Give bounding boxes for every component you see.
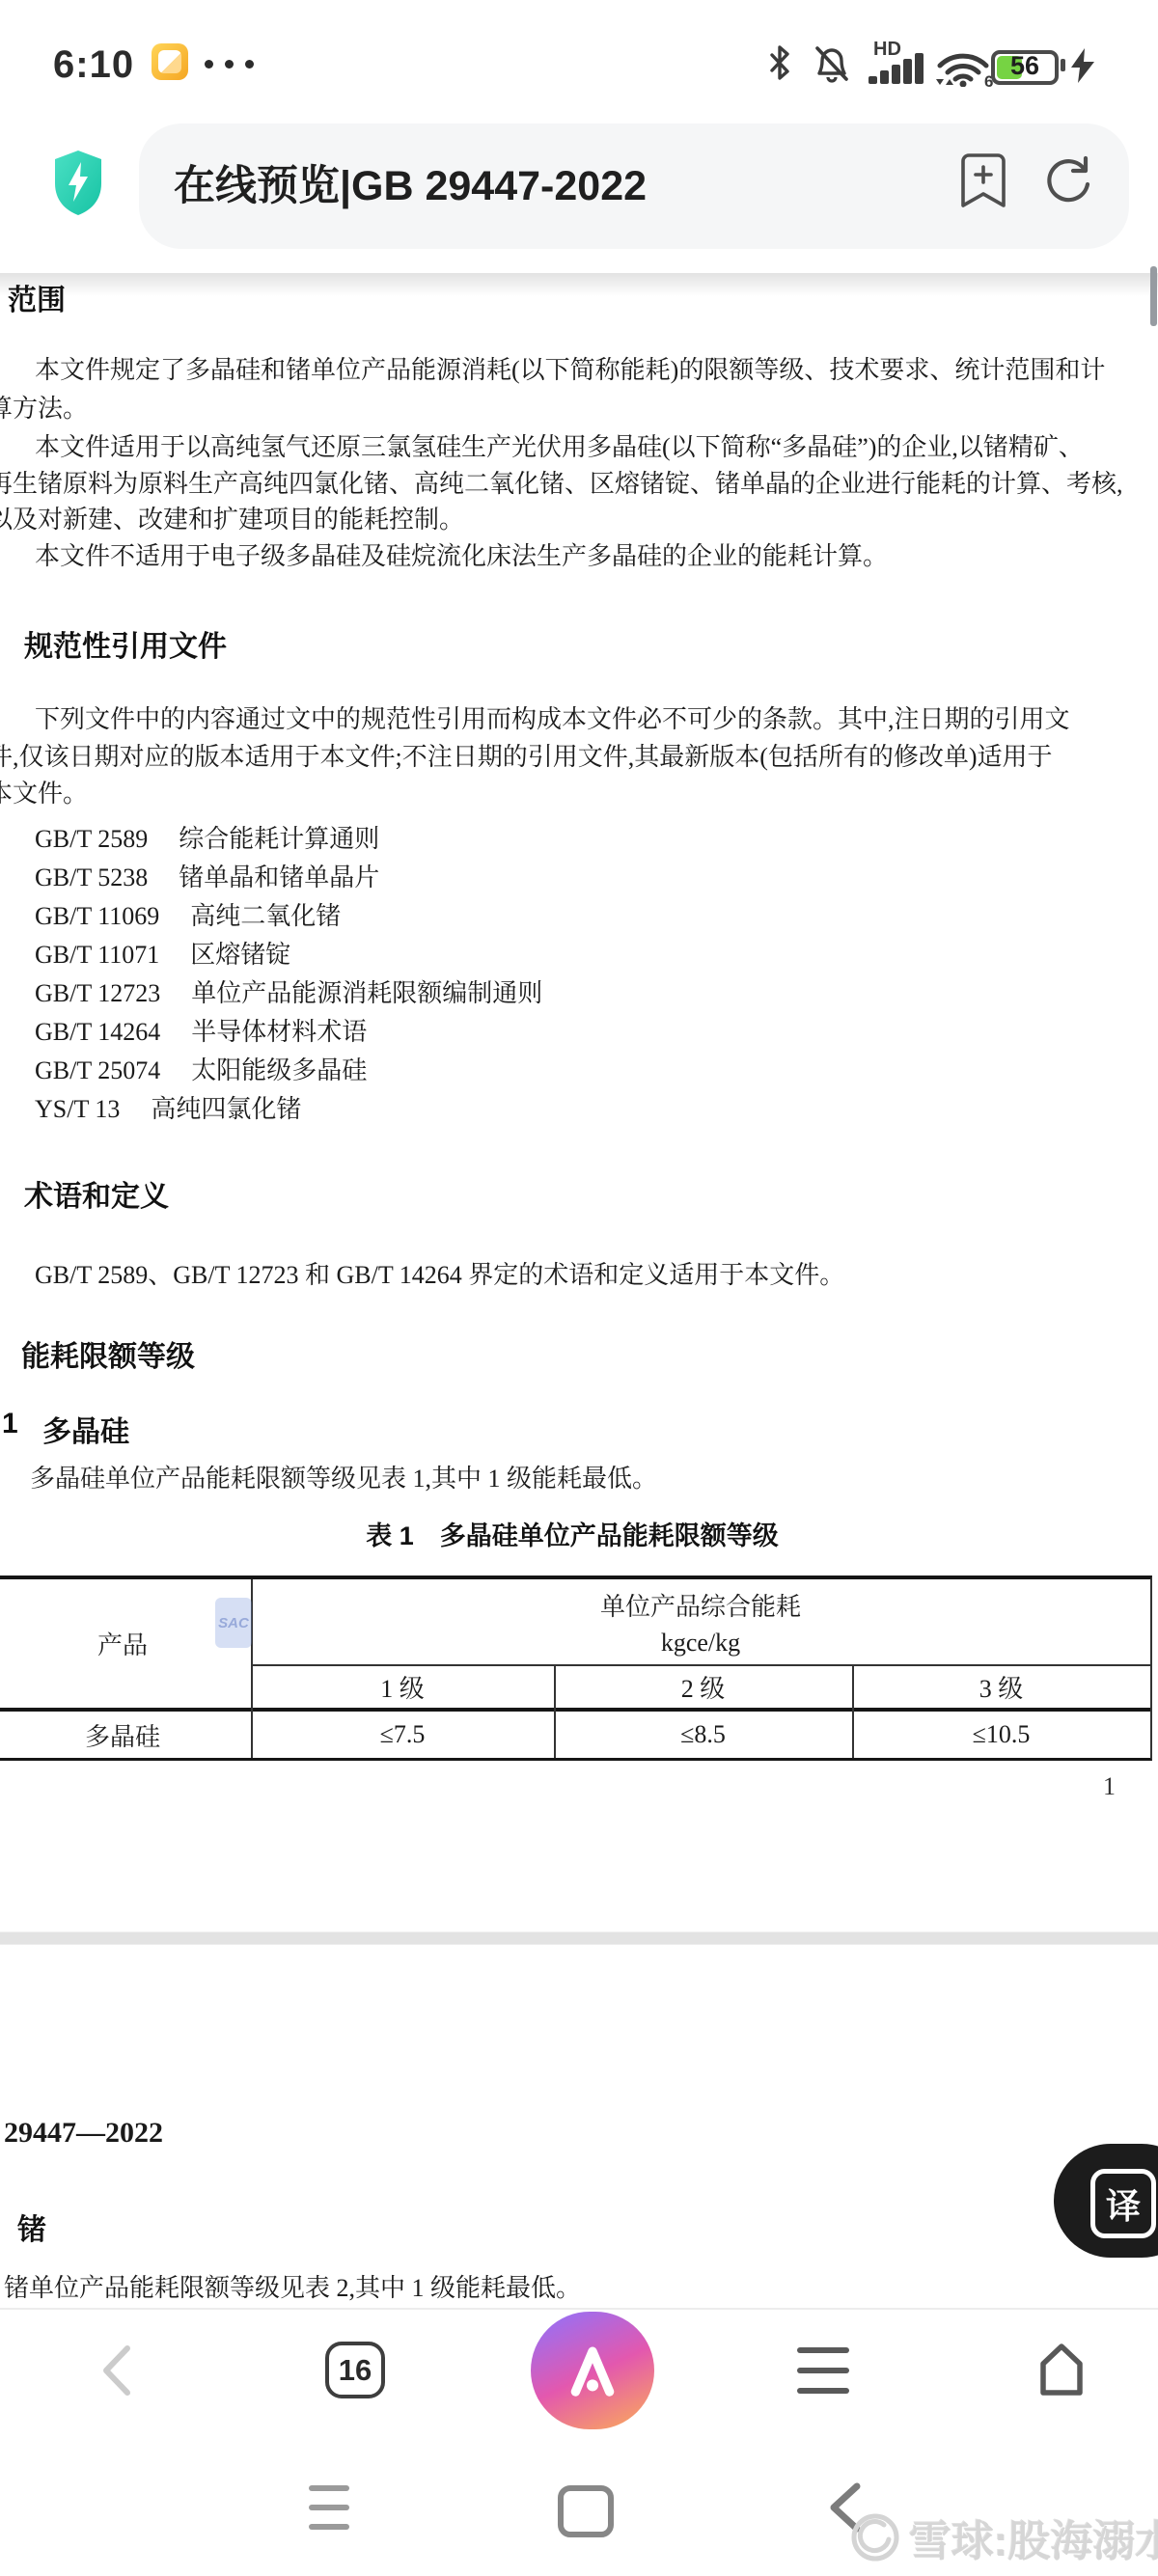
page-number: 1 xyxy=(1103,1772,1116,1801)
xueqiu-logo-icon xyxy=(849,2511,901,2563)
page-gap xyxy=(0,1932,1158,1945)
security-shield-icon[interactable] xyxy=(50,148,106,217)
th-grade1: 1 级 xyxy=(251,1666,554,1708)
th-grade2: 2 级 xyxy=(554,1666,852,1708)
scope-line: 再生锗原料为原料生产高纯四氯化锗、高纯二氧化锗、区熔锗锭、锗单晶的企业进行能耗的… xyxy=(0,464,1123,500)
sac-watermark: SAC xyxy=(215,1598,252,1648)
nav-menu-line[interactable] xyxy=(309,2505,349,2510)
ref-item: GB/T 12723单位产品能源消耗限额编制通则 xyxy=(35,973,542,1009)
nav-menu-line[interactable] xyxy=(309,2485,349,2491)
td-grade3-value: ≤10.5 xyxy=(852,1712,1150,1758)
signal-bars-icon xyxy=(868,52,926,85)
menu-button-line[interactable] xyxy=(797,2347,849,2353)
terms-line: GB/T 2589、GB/T 12723 和 GB/T 14264 界定的术语和… xyxy=(35,1255,844,1291)
td-product: 多晶硅 xyxy=(0,1712,251,1758)
table-vline xyxy=(852,1666,854,1758)
ref-item: GB/T 11069高纯二氧化锗 xyxy=(35,896,341,932)
charging-bolt-icon xyxy=(1069,48,1096,83)
browser-logo-icon xyxy=(561,2339,624,2402)
xueqiu-watermark: 雪球:股海溺水 xyxy=(849,2507,1158,2568)
more-notifications-icon xyxy=(205,60,254,69)
scope-line: 本文件不适用于电子级多晶硅及硅烷流化床法生产多晶硅的企业的能耗计算。 xyxy=(35,536,888,572)
table-energy-grades: 产品 单位产品综合能耗 kgce/kg 1 级 2 级 3 级 多晶硅 ≤7.5… xyxy=(0,1576,1152,1761)
scope-line: 本文件适用于以高纯氢气还原三氯氢硅生产光伏用多晶硅(以下简称“多晶硅”)的企业,… xyxy=(35,427,1084,463)
battery-nub xyxy=(1061,59,1065,71)
bell-muted-icon xyxy=(811,43,853,84)
heading-terms: 术语和定义 xyxy=(24,1172,169,1215)
notification-app-icon xyxy=(152,43,188,80)
td-grade2-value: ≤8.5 xyxy=(554,1712,852,1758)
browser-logo-button[interactable] xyxy=(531,2312,654,2429)
scrollbar-thumb[interactable] xyxy=(1150,266,1157,326)
heading-normative-refs: 规范性引用文件 xyxy=(24,622,227,665)
bookmark-add-icon[interactable] xyxy=(957,151,1009,210)
heading-scope: 范围 xyxy=(8,276,66,318)
th-energy: 单位产品综合能耗 kgce/kg xyxy=(251,1579,1150,1664)
bluetooth-icon xyxy=(767,44,792,81)
scope-line: 算方法。 xyxy=(0,389,88,425)
status-time: 6:10 xyxy=(53,43,134,87)
table-vline xyxy=(554,1666,556,1758)
table-caption: 表 1 多晶硅单位产品能耗限额等级 xyxy=(0,1515,1144,1552)
subheading-polysilicon-num: 1 xyxy=(2,1408,18,1440)
ref-item: GB/T 5238锗单晶和锗单晶片 xyxy=(35,858,379,893)
scope-line: 以及对新建、改建和扩建项目的能耗控制。 xyxy=(0,500,464,535)
nav-menu-line[interactable] xyxy=(309,2524,349,2530)
refs-line: 下列文件中的内容通过文中的规范性引用而构成本文件必不可少的条款。其中,注日期的引… xyxy=(35,699,1070,735)
translate-glyph: 译 xyxy=(1090,2169,1156,2238)
heading-grades: 能耗限额等级 xyxy=(21,1332,195,1375)
battery-percent: 56 xyxy=(995,51,1055,81)
xueqiu-watermark-text: 雪球:股海溺水 xyxy=(909,2507,1158,2568)
ref-item: GB/T 14264半导体材料术语 xyxy=(35,1012,367,1048)
ref-item: GB/T 11071区熔锗锭 xyxy=(35,935,290,971)
phone-screen: 6:10 HD 6 56 在线预览|GB 2 xyxy=(0,0,1158,2576)
page-title[interactable]: 在线预览|GB 29447-2022 xyxy=(174,123,647,249)
menu-button-line[interactable] xyxy=(797,2368,849,2373)
home-button[interactable] xyxy=(1034,2339,1089,2398)
ref-item: GB/T 2589综合能耗计算通则 xyxy=(35,819,379,855)
page2-running-header: 29447—2022 xyxy=(4,2117,163,2150)
menu-button-line[interactable] xyxy=(797,2388,849,2394)
subheading-polysilicon: 多晶硅 xyxy=(42,1408,129,1450)
battery-icon: 56 xyxy=(991,50,1059,85)
nav-recents-button[interactable] xyxy=(558,2485,614,2537)
refs-line: 本文件。 xyxy=(0,774,88,809)
ref-item: GB/T 25074太阳能级多晶硅 xyxy=(35,1051,367,1086)
translate-button[interactable]: 译 xyxy=(1054,2144,1158,2258)
heading-germanium: 锗 xyxy=(17,2206,46,2248)
refs-line: 件,仅该日期对应的版本适用于本文件;不注日期的引用文件,其最新版本(包括所有的修… xyxy=(0,737,1053,773)
th-product: 产品 xyxy=(0,1579,251,1708)
germanium-line: 锗单位产品能耗限额等级见表 2,其中 1 级能耗最低。 xyxy=(4,2268,581,2304)
page-top-shadow xyxy=(0,273,1158,296)
td-grade1-value: ≤7.5 xyxy=(251,1712,554,1758)
browser-back-button[interactable] xyxy=(96,2343,139,2398)
toolbar-divider xyxy=(0,2308,1158,2310)
th-grade3: 3 级 xyxy=(852,1666,1150,1708)
scope-line: 本文件规定了多晶硅和锗单位产品能源消耗(以下简称能耗)的限额等级、技术要求、统计… xyxy=(35,350,1105,386)
ref-item: YS/T 13高纯四氯化锗 xyxy=(35,1089,301,1125)
refresh-icon[interactable] xyxy=(1042,152,1094,208)
polysilicon-line: 多晶硅单位产品能耗限额等级见表 1,其中 1 级能耗最低。 xyxy=(30,1459,657,1494)
tab-count-button[interactable]: 16 xyxy=(325,2342,385,2398)
